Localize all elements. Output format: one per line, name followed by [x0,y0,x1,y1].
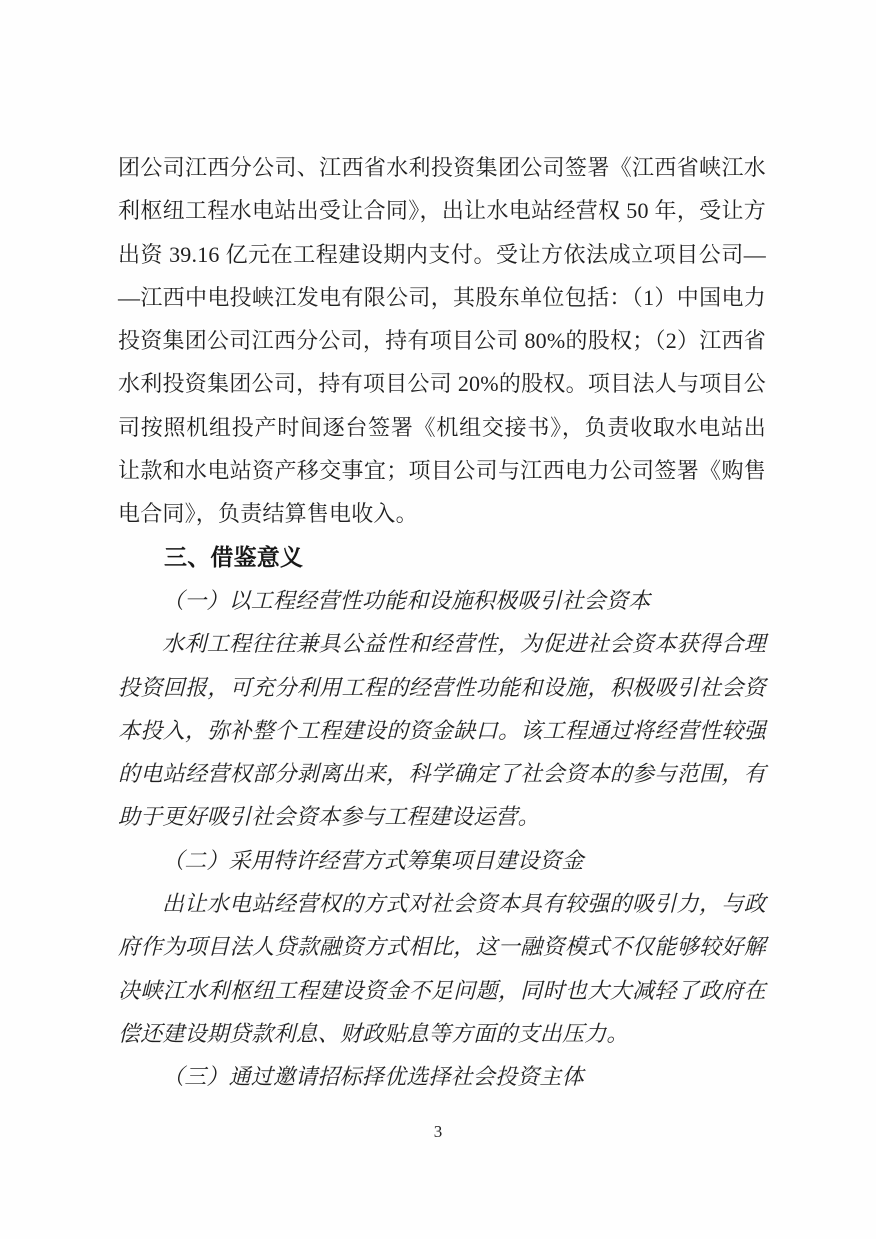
subsection-heading: （三）通过邀请招标择优选择社会投资主体 [118,1055,766,1098]
text-line: 团公司江西分公司、江西省水利投资集团公司签署《江西省峡江水 [118,146,766,189]
text-line: 出让水电站经营权的方式对社会资本具有较强的吸引力，与政 [118,882,766,925]
text-line: 出资 39.16 亿元在工程建设期内支付。受让方依法成立项目公司— [118,233,766,276]
text-line: 电合同》，负责结算售电收入。 [118,492,766,535]
document-page: 团公司江西分公司、江西省水利投资集团公司签署《江西省峡江水 利枢纽工程水电站出受… [0,0,876,1239]
subsection-heading: （一）以工程经营性功能和设施积极吸引社会资本 [118,579,766,622]
text-line: 偿还建设期贷款利息、财政贴息等方面的支出压力。 [118,1012,766,1055]
text-line: 司按照机组投产时间逐台签署《机组交接书》，负责收取水电站出 [118,406,766,449]
text-line: 投资回报，可充分利用工程的经营性功能和设施，积极吸引社会资 [118,666,766,709]
section-heading: 三、借鉴意义 [118,536,766,579]
text-line: 的电站经营权部分剥离出来，科学确定了社会资本的参与范围，有 [118,752,766,795]
text-line: 让款和水电站资产移交事宜；项目公司与江西电力公司签署《购售 [118,449,766,492]
page-number: 3 [0,1122,876,1142]
document-text-block: 团公司江西分公司、江西省水利投资集团公司签署《江西省峡江水 利枢纽工程水电站出受… [118,146,766,1099]
text-line: 本投入，弥补整个工程建设的资金缺口。该工程通过将经营性较强 [118,709,766,752]
text-line: —江西中电投峡江发电有限公司，其股东单位包括：（1）中国电力 [118,276,766,319]
subsection-heading: （二）采用特许经营方式筹集项目建设资金 [118,839,766,882]
text-line: 决峡江水利枢纽工程建设资金不足问题，同时也大大减轻了政府在 [118,969,766,1012]
text-line: 水利工程往往兼具公益性和经营性，为促进社会资本获得合理 [118,622,766,665]
text-line: 水利投资集团公司，持有项目公司 20%的股权。项目法人与项目公 [118,362,766,405]
text-line: 利枢纽工程水电站出受让合同》，出让水电站经营权 50 年，受让方 [118,189,766,232]
text-line: 府作为项目法人贷款融资方式相比，这一融资模式不仅能够较好解 [118,925,766,968]
text-line: 投资集团公司江西分公司，持有项目公司 80%的股权；（2）江西省 [118,319,766,362]
text-line: 助于更好吸引社会资本参与工程建设运营。 [118,795,766,838]
